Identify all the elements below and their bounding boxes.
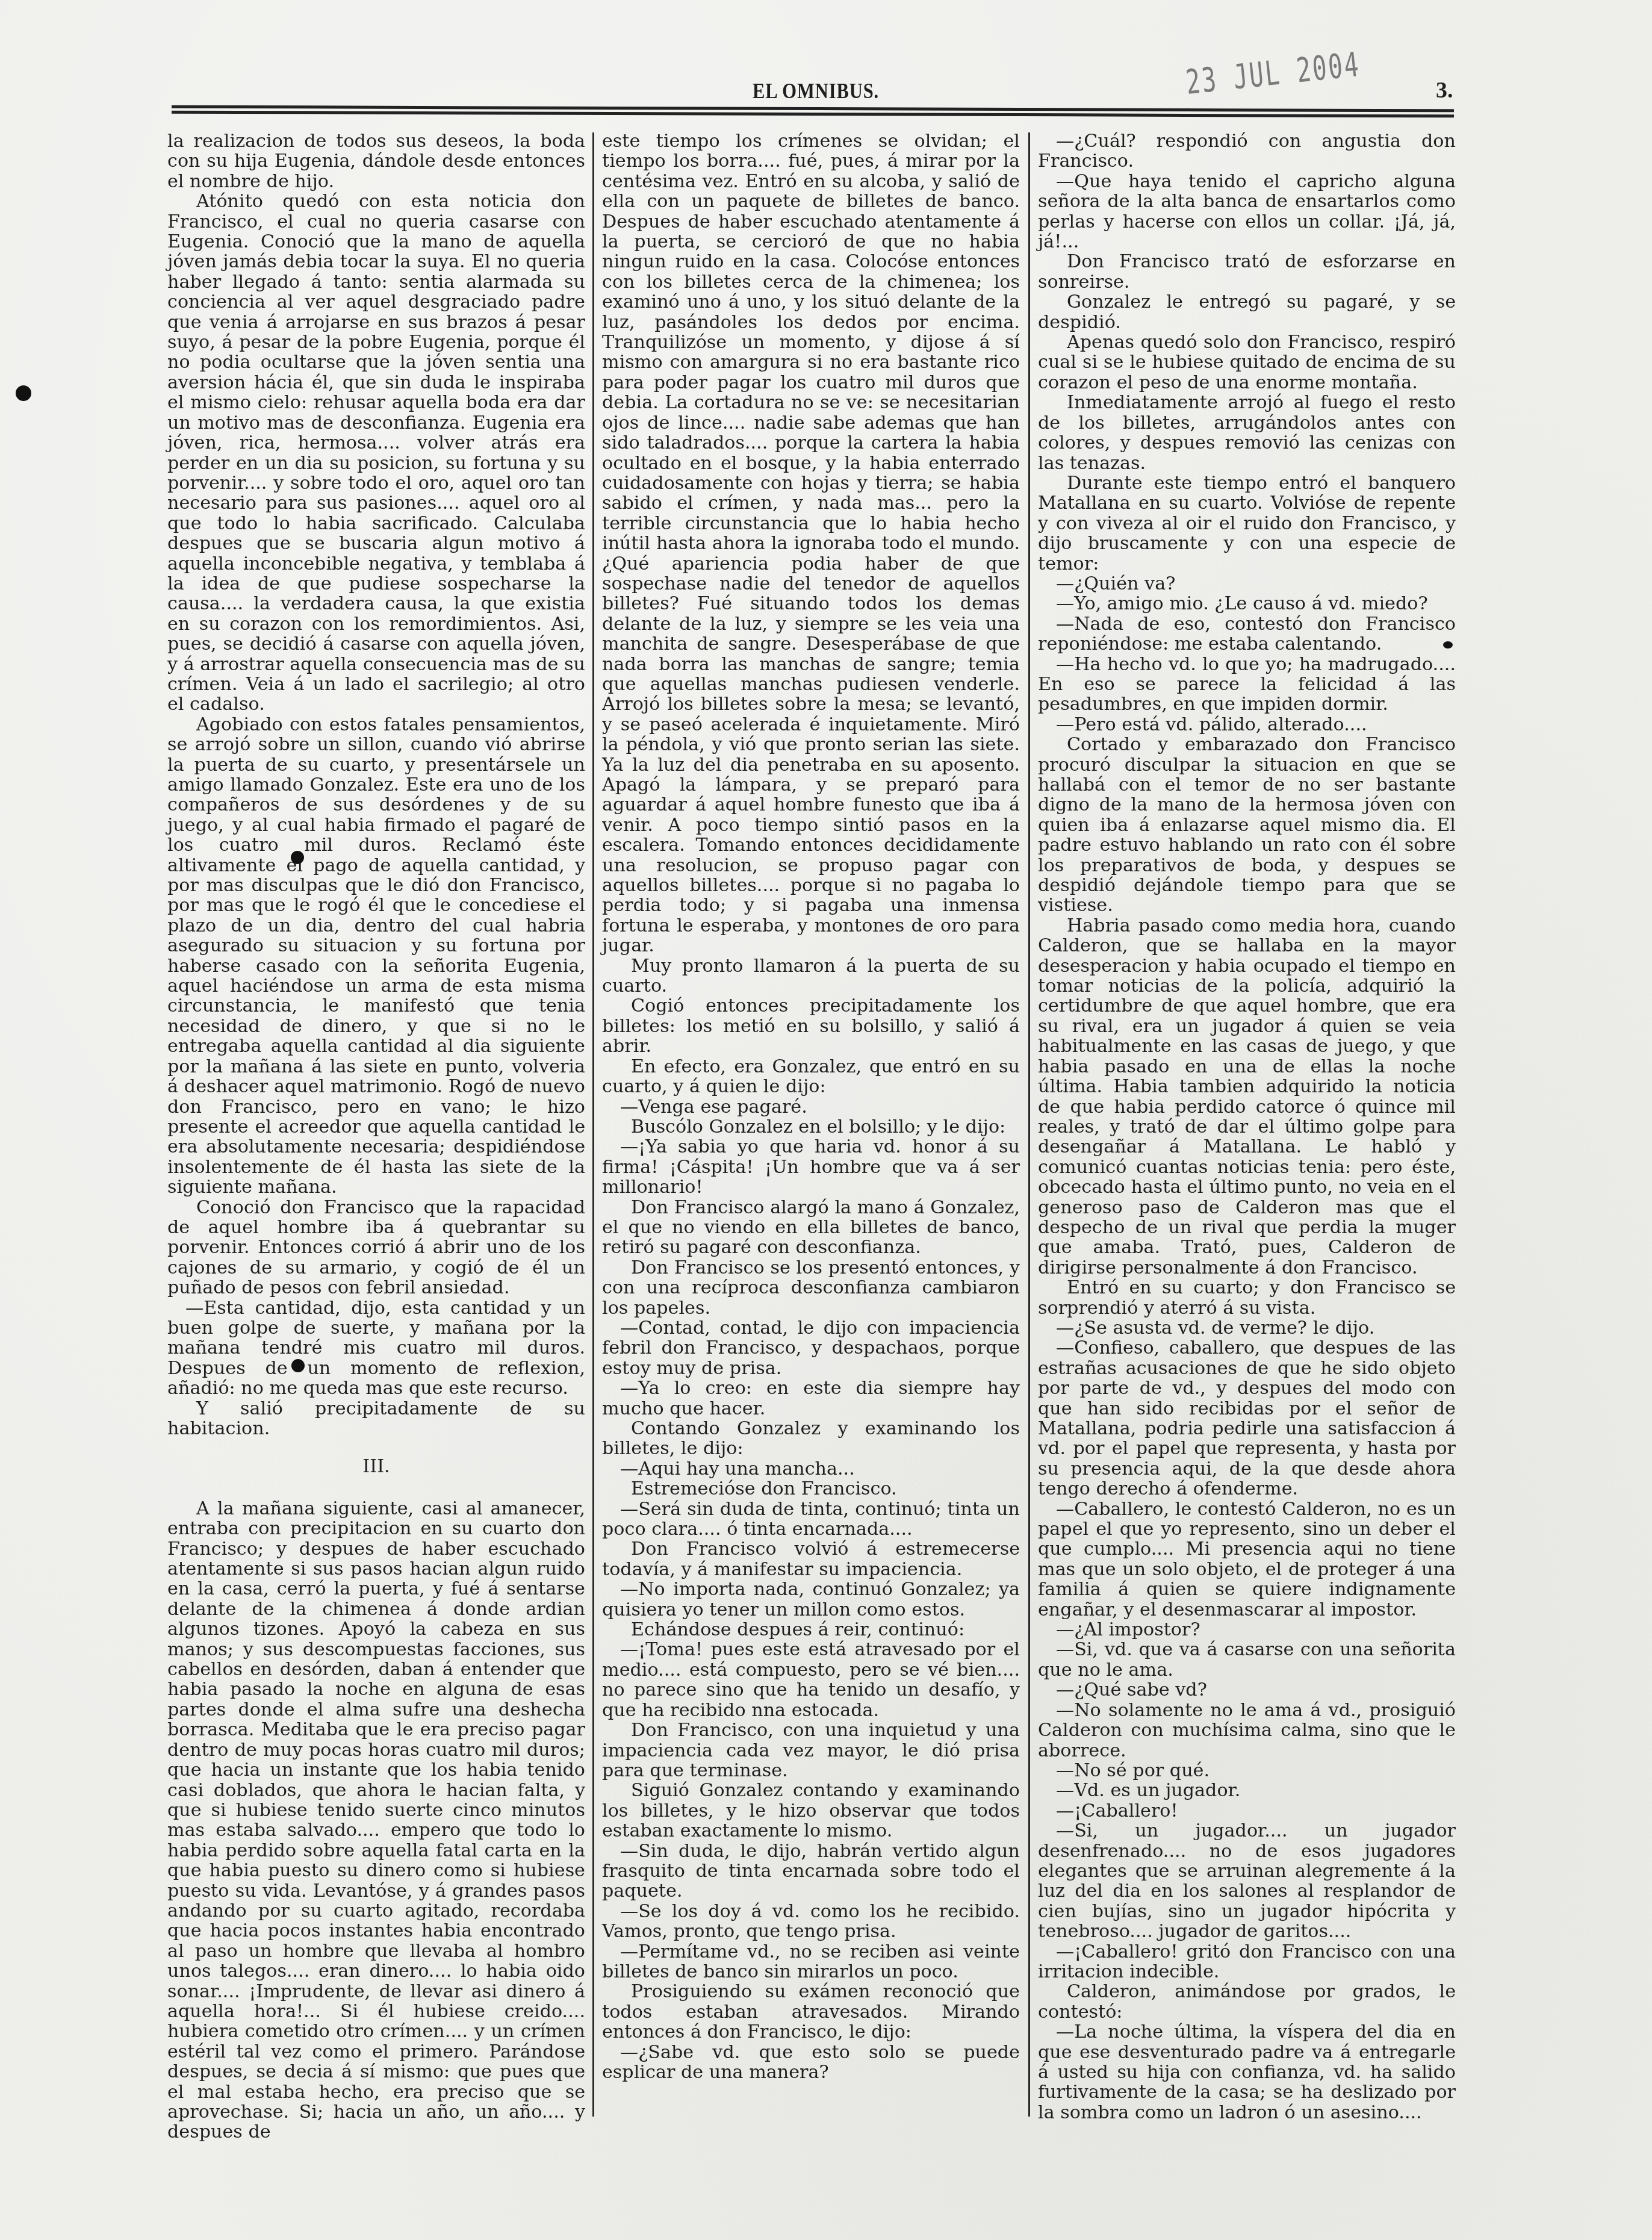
paragraph: —Nada de eso, contestó don Francisco rep… — [1038, 614, 1456, 655]
paragraph: Don Francisco volvió á estremecerse toda… — [602, 1539, 1020, 1579]
paragraph: —La noche última, la víspera del dia en … — [1038, 2022, 1456, 2123]
newspaper-page: EL OMNIBUS. 23 JUL 2004 3. la realizacio… — [0, 0, 1652, 2240]
article-columns: la realizacion de todos sus deseos, la b… — [167, 131, 1456, 2118]
paragraph: Atónito quedó con esta noticia don Franc… — [167, 191, 585, 715]
paragraph: —Esta cantidad, dijo, esta cantidad y un… — [167, 1298, 585, 1399]
paragraph: —Venga ese pagaré. — [602, 1097, 1020, 1117]
paragraph: —Ya lo creo: en este dia siempre hay muc… — [602, 1378, 1020, 1419]
paragraph: Prosiguiendo su exámen reconoció que tod… — [602, 1982, 1020, 2042]
paragraph: Contando Gonzalez y examinando los bille… — [602, 1419, 1020, 1459]
paragraph: Habria pasado como media hora, cuando Ca… — [1038, 916, 1456, 1278]
paragraph: Agobiado con estos fatales pensamientos,… — [167, 715, 585, 1198]
paragraph: Calderon, animándose por grados, le cont… — [1038, 1982, 1456, 2022]
paragraph: Entró en su cuarto; y don Francisco se s… — [1038, 1278, 1456, 1318]
page-number: 3. — [1436, 77, 1453, 104]
paragraph: Don Francisco alargó la mano á Gonzalez,… — [602, 1198, 1020, 1258]
newspaper-title: EL OMNIBUS. — [753, 78, 879, 104]
paragraph: —No solamente no le ama á vd., prosiguió… — [1038, 1700, 1456, 1761]
paragraph: —¿Sabe vd. que esto solo se puede esplic… — [602, 2042, 1020, 2083]
paragraph: —¡Toma! pues este está atravesado por el… — [602, 1640, 1020, 1720]
punch-hole-mark — [16, 385, 31, 401]
column-2: este tiempo los crímenes se olvidan; el … — [602, 131, 1020, 2118]
paragraph: —¡Caballero! — [1038, 1801, 1456, 1821]
paragraph: —Pero está vd. pálido, alterado.... — [1038, 715, 1456, 735]
paragraph: —Permítame vd., no se reciben asi veinte… — [602, 1942, 1020, 1982]
paragraph: —Ha hecho vd. lo que yo; ha madrugado...… — [1038, 655, 1456, 715]
ink-blot-mark — [291, 1359, 305, 1372]
paragraph: —Contad, contad, le dijo con impaciencia… — [602, 1318, 1020, 1378]
column-divider — [1028, 132, 1030, 2117]
paragraph: —¿Cuál? respondió con angustia don Franc… — [1038, 131, 1456, 172]
paragraph: Gonzalez le entregó su pagaré, y se desp… — [1038, 292, 1456, 332]
paragraph: Conoció don Francisco que la rapacidad d… — [167, 1198, 585, 1298]
paragraph: Estremecióse don Francisco. — [602, 1479, 1020, 1499]
paragraph: Muy pronto llamaron á la puerta de su cu… — [602, 956, 1020, 997]
paragraph: —No importa nada, continuó Gonzalez; ya … — [602, 1579, 1020, 1620]
paragraph: Y salió precipitadamente de su habitacio… — [167, 1399, 585, 1439]
paragraph: —Confieso, caballero, que despues de las… — [1038, 1338, 1456, 1499]
paragraph: —¿Qué sabe vd? — [1038, 1680, 1456, 1700]
paragraph: En efecto, era Gonzalez, que entró en su… — [602, 1057, 1020, 1097]
paragraph: —Si, un jugador.... un jugador desenfren… — [1038, 1821, 1456, 1941]
paragraph: —Yo, amigo mio. ¿Le causo á vd. miedo? — [1038, 594, 1456, 614]
paragraph: Cortado y embarazado don Francisco procu… — [1038, 735, 1456, 916]
paragraph: Siguió Gonzalez contando y examinando lo… — [602, 1781, 1020, 1841]
column-divider — [592, 132, 594, 2117]
paragraph: —Sin duda, le dijo, habrán vertido algun… — [602, 1841, 1020, 1902]
paragraph: Echándose despues á reir, continuó: — [602, 1620, 1020, 1640]
paragraph: Cogió entonces precipitadamente los bill… — [602, 996, 1020, 1056]
section-heading: III. — [167, 1457, 585, 1476]
paragraph: —¿Al impostor? — [1038, 1620, 1456, 1640]
paragraph: —No sé por qué. — [1038, 1761, 1456, 1781]
paragraph: —¿Quién va? — [1038, 574, 1456, 594]
paragraph: —¡Ya sabia yo que haria vd. honor á su f… — [602, 1137, 1020, 1197]
paragraph: —¡Caballero! gritó don Francisco con una… — [1038, 1942, 1456, 1982]
paragraph: —Aqui hay una mancha... — [602, 1459, 1020, 1479]
paragraph: —Se los doy á vd. como los he recibido. … — [602, 1902, 1020, 1942]
column-1: la realizacion de todos sus deseos, la b… — [167, 131, 585, 2118]
paragraph: —Vd. es un jugador. — [1038, 1781, 1456, 1800]
paragraph: —¿Se asusta vd. de verme? le dijo. — [1038, 1318, 1456, 1338]
date-stamp: 23 JUL 2004 — [1184, 45, 1362, 102]
paragraph: Don Francisco, con una inquietud y una i… — [602, 1720, 1020, 1781]
ink-blot-mark — [291, 851, 304, 864]
paragraph: este tiempo los crímenes se olvidan; el … — [602, 131, 1020, 956]
paragraph: Inmediatamente arrojó al fuego el resto … — [1038, 393, 1456, 473]
paragraph: —Si, vd. que va á casarse con una señori… — [1038, 1640, 1456, 1680]
paragraph: Durante este tiempo entró el banquero Ma… — [1038, 473, 1456, 574]
paragraph: Buscólo Gonzalez en el bolsillo; y le di… — [602, 1117, 1020, 1137]
paragraph: —Caballero, le contestó Calderon, no es … — [1038, 1499, 1456, 1620]
paragraph: —Que haya tenido el capricho alguna seño… — [1038, 172, 1456, 252]
paragraph: —Será sin duda de tinta, continuó; tinta… — [602, 1499, 1020, 1540]
paragraph: A la mañana siguiente, casi al amanecer,… — [167, 1499, 585, 2142]
column-3: —¿Cuál? respondió con angustia don Franc… — [1038, 131, 1456, 2118]
paragraph: la realizacion de todos sus deseos, la b… — [167, 131, 585, 191]
paragraph: Apenas quedó solo don Francisco, respiró… — [1038, 332, 1456, 393]
paragraph: Don Francisco se los presentó entonces, … — [602, 1258, 1020, 1318]
ink-blot-mark — [1443, 641, 1453, 649]
paragraph: Don Francisco trató de esforzarse en son… — [1038, 252, 1456, 292]
